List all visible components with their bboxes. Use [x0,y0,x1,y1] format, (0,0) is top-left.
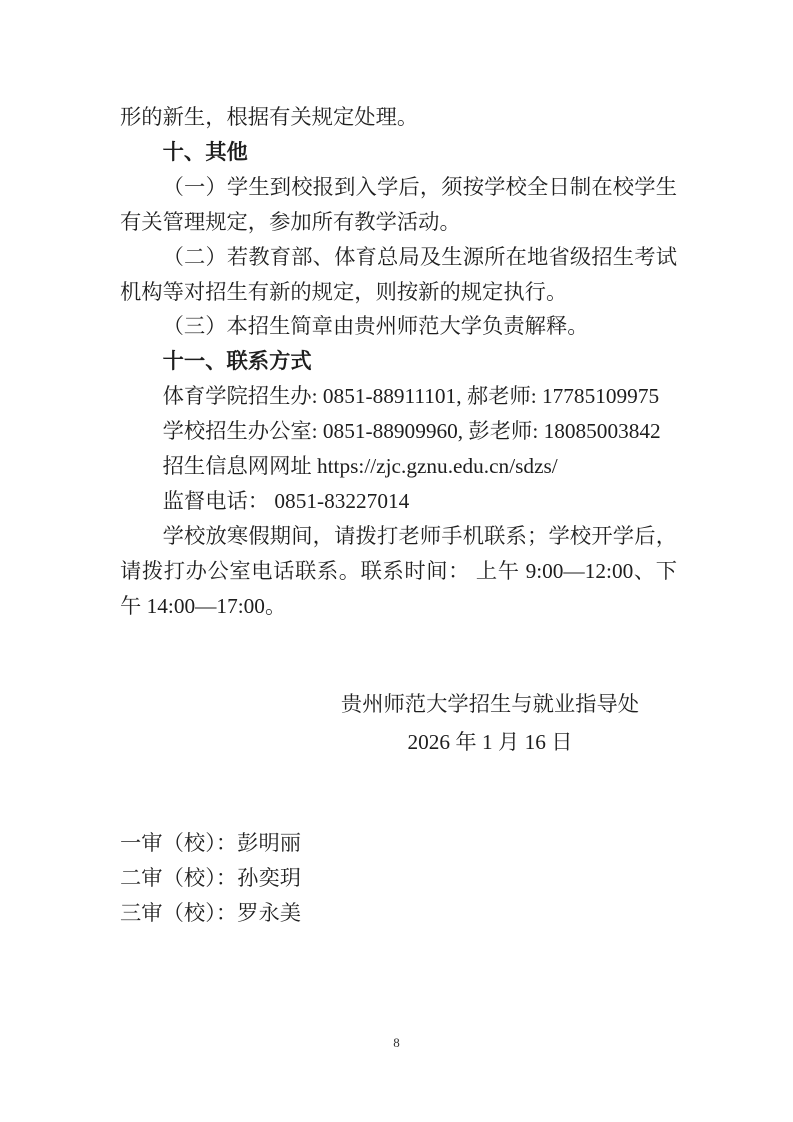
document-page: 形的新生，根据有关规定处理。 十、其他 （一）学生到校报到入学后，须按学校全日制… [0,0,793,1122]
signature-block: 贵州师范大学招生与就业指导处 2026 年 1 月 16 日 [300,685,680,761]
review-block: 一审（校）：彭明丽 二审（校）：孙奕玥 三审（校）：罗永美 [120,826,301,931]
review-name: 孙奕玥 [237,866,301,890]
paragraph-item-three: （三）本招生简章由贵州师范大学负责解释。 [120,309,677,344]
signature-department: 贵州师范大学招生与就业指导处 [300,685,680,723]
signature-date: 2026 年 1 月 16 日 [300,723,680,761]
review-label: 二审（校）： [120,866,237,890]
review-name: 罗永美 [237,901,301,925]
section-heading-eleven-contact: 十一、联系方式 [120,344,677,379]
section-heading-ten-other: 十、其他 [120,135,677,170]
paragraph-contact-admissions-office: 学校招生办公室: 0851-88909960, 彭老师: 18085003842 [120,414,677,449]
review-label: 三审（校）： [120,901,237,925]
paragraph-item-two: （二）若教育部、体育总局及生源所在地省级招生考试机构等对招生有新的规定，则按新的… [120,240,677,310]
review-item-third: 三审（校）：罗永美 [120,896,301,931]
document-body: 形的新生，根据有关规定处理。 十、其他 （一）学生到校报到入学后，须按学校全日制… [120,100,677,624]
review-item-first: 一审（校）：彭明丽 [120,826,301,861]
paragraph-item-one: （一）学生到校报到入学后，须按学校全日制在校学生有关管理规定，参加所有教学活动。 [120,170,677,240]
paragraph-continuation: 形的新生，根据有关规定处理。 [120,100,677,135]
paragraph-admissions-website: 招生信息网网址 https://zjc.gznu.edu.cn/sdzs/ [120,449,677,484]
review-name: 彭明丽 [237,831,301,855]
paragraph-supervision-phone: 监督电话： 0851-83227014 [120,484,677,519]
page-number: 8 [0,1035,793,1051]
paragraph-contact-sports-college: 体育学院招生办: 0851-88911101, 郝老师: 17785109975 [120,379,677,414]
paragraph-contact-hours: 学校放寒假期间，请拨打老师手机联系；学校开学后，请拨打办公室电话联系。联系时间：… [120,519,677,624]
review-item-second: 二审（校）：孙奕玥 [120,861,301,896]
review-label: 一审（校）： [120,831,237,855]
